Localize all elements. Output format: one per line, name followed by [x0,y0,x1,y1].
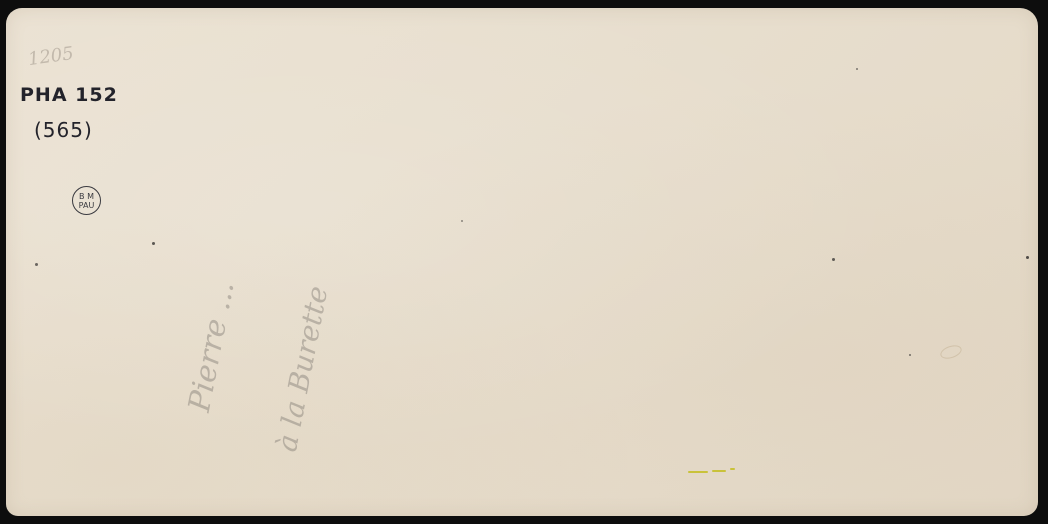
yellow-mark [730,468,735,470]
paper-speck [461,220,463,222]
inventory-number: PHA 152 [20,84,118,106]
faint-pencil-number: 1205 [27,43,75,70]
yellow-mark [688,471,708,473]
paper-stain [939,343,964,361]
scan-background: 1205 PHA 152 (565) B M PAU Pierre ... à … [0,0,1048,524]
card-back: 1205 PHA 152 (565) B M PAU Pierre ... à … [6,8,1038,516]
stamp-line-1: B M [79,192,94,201]
pencil-inscription-line-1: Pierre ... [182,278,242,414]
paper-speck [35,263,38,266]
paper-speck [152,242,155,245]
paper-speck [832,258,835,261]
inventory-sub-number: (565) [34,118,93,142]
pencil-inscription-line-2: à la Burette [270,283,334,454]
library-stamp-icon: B M PAU [72,186,101,215]
stamp-line-2: PAU [79,201,95,210]
paper-speck [909,354,911,356]
paper-speck [856,68,858,70]
paper-speck [1026,256,1029,259]
yellow-mark [712,470,726,472]
